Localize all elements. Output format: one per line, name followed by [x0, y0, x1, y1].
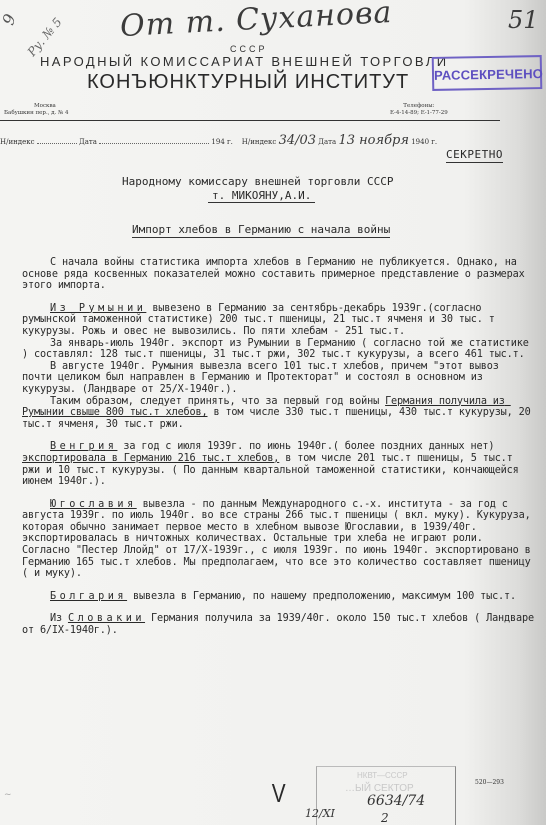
archive-stamp-line-1: НКВТ—СССР [357, 771, 408, 780]
letterhead-rule [0, 120, 500, 121]
phones-numbers: Е-4-14-89; Е-1-77-29 [390, 110, 448, 117]
folio-number: 51 [508, 6, 539, 34]
letterhead-address: Москва Бабушкин пер., д. № 4 [4, 103, 69, 117]
index-row: Н/индекс Дата 194 г. Н/индекс 34/03 Дата… [0, 133, 437, 148]
letterhead-ussr: СССР [230, 44, 268, 54]
classification-label: СЕКРЕТНО [446, 148, 503, 163]
paragraph-intro: С начала войны статистика импорта хлебов… [22, 257, 534, 292]
handwritten-corner-note: Ру. № 5 [25, 15, 65, 59]
country-slovakia: Словакии [68, 613, 145, 624]
country-yugoslavia: Югославия [50, 499, 137, 510]
print-code: 520—293 [475, 779, 504, 786]
handwritten-top-note: От т. Суханова [119, 0, 393, 44]
address-city: Москва [4, 103, 69, 110]
document-page: 9 Ру. № 5 От т. Суханова 51 СССР НАРОДНЫ… [0, 0, 546, 825]
paragraph-slovakia: Из Словакии Германия получила за 1939/40… [22, 613, 534, 636]
index-blank-1 [37, 142, 77, 144]
phones-label: Телефоны: [390, 103, 448, 110]
year-2: 1940 г. [411, 138, 437, 146]
handwritten-corner-mark: 9 [0, 11, 20, 27]
date-value: 13 ноября [338, 133, 409, 148]
margin-scribble: ~ [4, 790, 12, 800]
date-blank-1 [99, 142, 209, 144]
archive-sub: 2 [381, 811, 389, 825]
addressee-line-1: Народному комиссару внешней торговли ССС… [122, 175, 394, 188]
archive-date: 12/XI [305, 807, 335, 820]
country-romania: Из Румынии [50, 303, 146, 314]
paragraph-romania-2: За январь-июль 1940г. экспорт из Румынии… [22, 338, 534, 361]
letterhead-phones: Телефоны: Е-4-14-89; Е-1-77-29 [390, 103, 448, 117]
date-label-1: Дата [79, 138, 97, 146]
paragraph-hungary: Венгрия за год с июля 1939г. по июнь 194… [22, 441, 534, 487]
slovakia-prefix: Из [50, 613, 68, 624]
hungary-text-underlined: экспортировала в Германию 216 тыс.т хлеб… [22, 453, 279, 464]
archive-stamp: НКВТ—СССР …ЫЙ СЕКТОР 6634/74 2 12/XI [316, 766, 456, 825]
document-body: С начала войны статистика импорта хлебов… [22, 257, 534, 637]
paragraph-romania-3: В августе 1940г. Румыния вывезла всего 1… [22, 361, 534, 396]
declassified-stamp: РАССЕКРЕЧЕНО [432, 55, 543, 91]
document-title: Импорт хлебов в Германию с начала войны [132, 223, 390, 238]
letterhead-commissariat: НАРОДНЫЙ КОМИССАРИАТ ВНЕШНЕЙ ТОРГОВЛИ [40, 54, 448, 69]
country-hungary: Венгрия [50, 441, 117, 452]
check-mark: V [272, 778, 286, 809]
paragraph-romania-1: Из Румынии вывезено в Германию за сентяб… [22, 303, 534, 338]
romania-summary-pre: Таким образом, следует принять, что за п… [50, 396, 385, 407]
letterhead-institute: КОНЪЮНКТУРНЫЙ ИНСТИТУТ [87, 71, 409, 94]
yugoslavia-text: вывезла - по данным Международного с.-х.… [22, 499, 537, 580]
year-prefix-1: 194 г. [211, 138, 232, 146]
address-street: Бабушкин пер., д. № 4 [4, 110, 69, 116]
date-label-2: Дата [318, 138, 336, 146]
index-label-2: Н/индекс [242, 138, 277, 146]
hungary-text-pre: за год с июля 1939г. по июнь 1940г.( бол… [117, 441, 500, 452]
addressee-line-2: т. МИКОЯНУ,А.И. [208, 189, 315, 203]
country-bulgaria: Болгария [50, 591, 127, 602]
archive-number: 6634/74 [367, 793, 425, 809]
bulgaria-text: вывезла в Германию, по нашему предположе… [127, 591, 516, 602]
paragraph-yugoslavia: Югославия вывезла - по данным Международ… [22, 499, 534, 580]
paragraph-bulgaria: Болгария вывезла в Германию, по нашему п… [22, 591, 534, 603]
index-value: 34/03 [279, 133, 316, 148]
paragraph-romania-4: Таким образом, следует принять, что за п… [22, 396, 534, 431]
index-label-1: Н/индекс [0, 138, 35, 146]
